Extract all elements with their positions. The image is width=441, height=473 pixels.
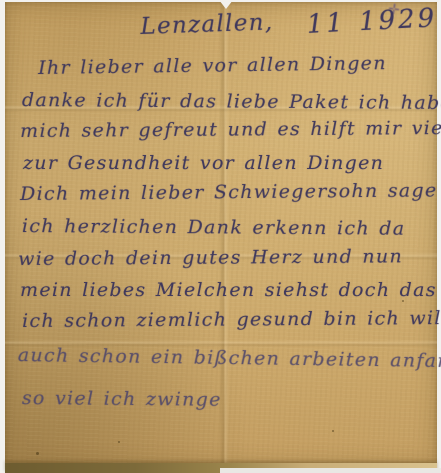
scan-bottom-margin bbox=[220, 468, 441, 473]
letter-line: zur Gesundheit vor allen Dingen bbox=[23, 152, 384, 174]
scanned-letter: ✛ Lenzallen, 11 1929 Ihr lieber alle vor… bbox=[0, 0, 441, 473]
letter-line: ich herzlichen Dank erkenn ich da bbox=[22, 215, 406, 240]
letter-line: ich schon ziemlich gesund bin ich will bbox=[22, 307, 441, 332]
paper-speck bbox=[118, 441, 120, 443]
letter-line: mich sehr gefreut und es hilft mir viel bbox=[20, 117, 441, 142]
paper-speck bbox=[36, 452, 39, 455]
paper-speck bbox=[402, 300, 404, 302]
letter-line: wie doch dein gutes Herz und nun bbox=[18, 245, 403, 270]
letter-line: so viel ich zwinge bbox=[22, 387, 222, 411]
letter-line: danke ich für das liebe Paket ich habe bbox=[22, 89, 441, 114]
letter-line: mein liebes Mielchen siehst doch das bbox=[20, 279, 437, 301]
letter-line: Dich mein lieber Schwiegersohn sage bbox=[20, 179, 438, 205]
paper-speck bbox=[332, 430, 334, 432]
letter-place-name: Lenzallen, bbox=[140, 9, 274, 40]
paper-tear-notch bbox=[219, 0, 233, 9]
